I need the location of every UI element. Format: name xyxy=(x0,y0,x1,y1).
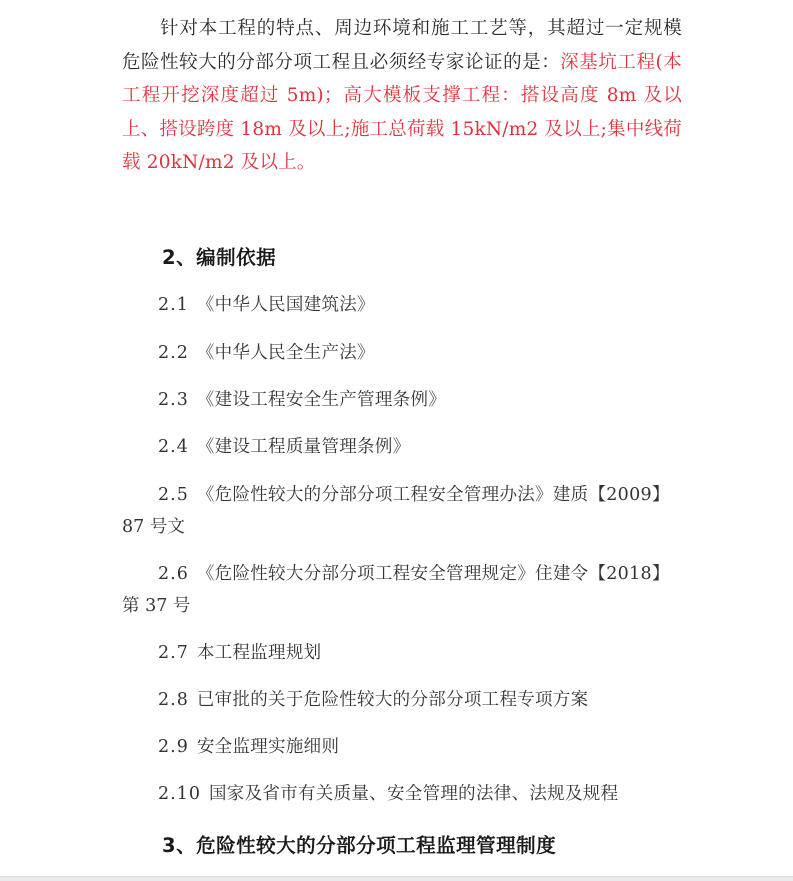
basis-item: 2.8已审批的关于危险性较大的分部分项工程专项方案 xyxy=(122,684,682,716)
basis-item: 2.6《危险性较大分部分项工程安全管理规定》住建令【2018】 第 37 号 xyxy=(122,558,682,622)
item-text: 《危险性较大的分部分项工程安全管理办法》建质【2009】 xyxy=(197,485,670,505)
item-number: 2.4 xyxy=(158,437,189,457)
item-number: 2.7 xyxy=(158,643,189,663)
page-bottom-edge xyxy=(0,876,793,881)
basis-item: 2.3《建设工程安全生产管理条例》 xyxy=(122,384,682,416)
item-number: 2.5 xyxy=(158,485,189,505)
item-text: 《中华人民全生产法》 xyxy=(197,343,375,363)
basis-item: 2.9安全监理实施细则 xyxy=(122,731,682,763)
item-text: 安全监理实施细则 xyxy=(197,737,339,757)
section-3-heading: 3、危险性较大的分部分项工程监理管理制度 xyxy=(162,830,556,858)
item-text: 本工程监理规划 xyxy=(197,643,322,663)
item-number: 2.10 xyxy=(158,784,201,804)
item-text: 《建设工程质量管理条例》 xyxy=(197,437,411,457)
item-text: 《建设工程安全生产管理条例》 xyxy=(197,390,446,410)
basis-item: 2.2《中华人民全生产法》 xyxy=(122,337,682,369)
basis-item: 2.10国家及省市有关质量、安全管理的法律、法规及规程 xyxy=(122,778,682,810)
item-text: 已审批的关于危险性较大的分部分项工程专项方案 xyxy=(197,690,589,710)
item-continuation: 第 37 号 xyxy=(122,590,682,622)
item-continuation: 87 号文 xyxy=(122,511,682,543)
item-number: 2.9 xyxy=(158,737,189,757)
item-number: 2.3 xyxy=(158,390,189,410)
item-text: 《中华人民国建筑法》 xyxy=(197,295,375,315)
item-text: 国家及省市有关质量、安全管理的法律、法规及规程 xyxy=(209,784,618,804)
item-text: 《危险性较大分部分项工程安全管理规定》住建令【2018】 xyxy=(197,564,670,584)
item-number: 2.6 xyxy=(158,564,189,584)
basis-item: 2.4《建设工程质量管理条例》 xyxy=(122,431,682,463)
item-number: 2.1 xyxy=(158,295,189,315)
item-number: 2.2 xyxy=(158,343,189,363)
basis-item: 2.1《中华人民国建筑法》 xyxy=(122,289,682,321)
intro-paragraph: 针对本工程的特点、周边环境和施工工艺等，其超过一定规模危险性较大的分部分项工程且… xyxy=(122,12,682,180)
item-number: 2.8 xyxy=(158,690,189,710)
basis-item: 2.5《危险性较大的分部分项工程安全管理办法》建质【2009】 87 号文 xyxy=(122,479,682,543)
section-2-heading: 2、编制依据 xyxy=(162,242,276,270)
document-page: 针对本工程的特点、周边环境和施工工艺等，其超过一定规模危险性较大的分部分项工程且… xyxy=(0,0,793,877)
basis-item: 2.7本工程监理规划 xyxy=(122,637,682,669)
